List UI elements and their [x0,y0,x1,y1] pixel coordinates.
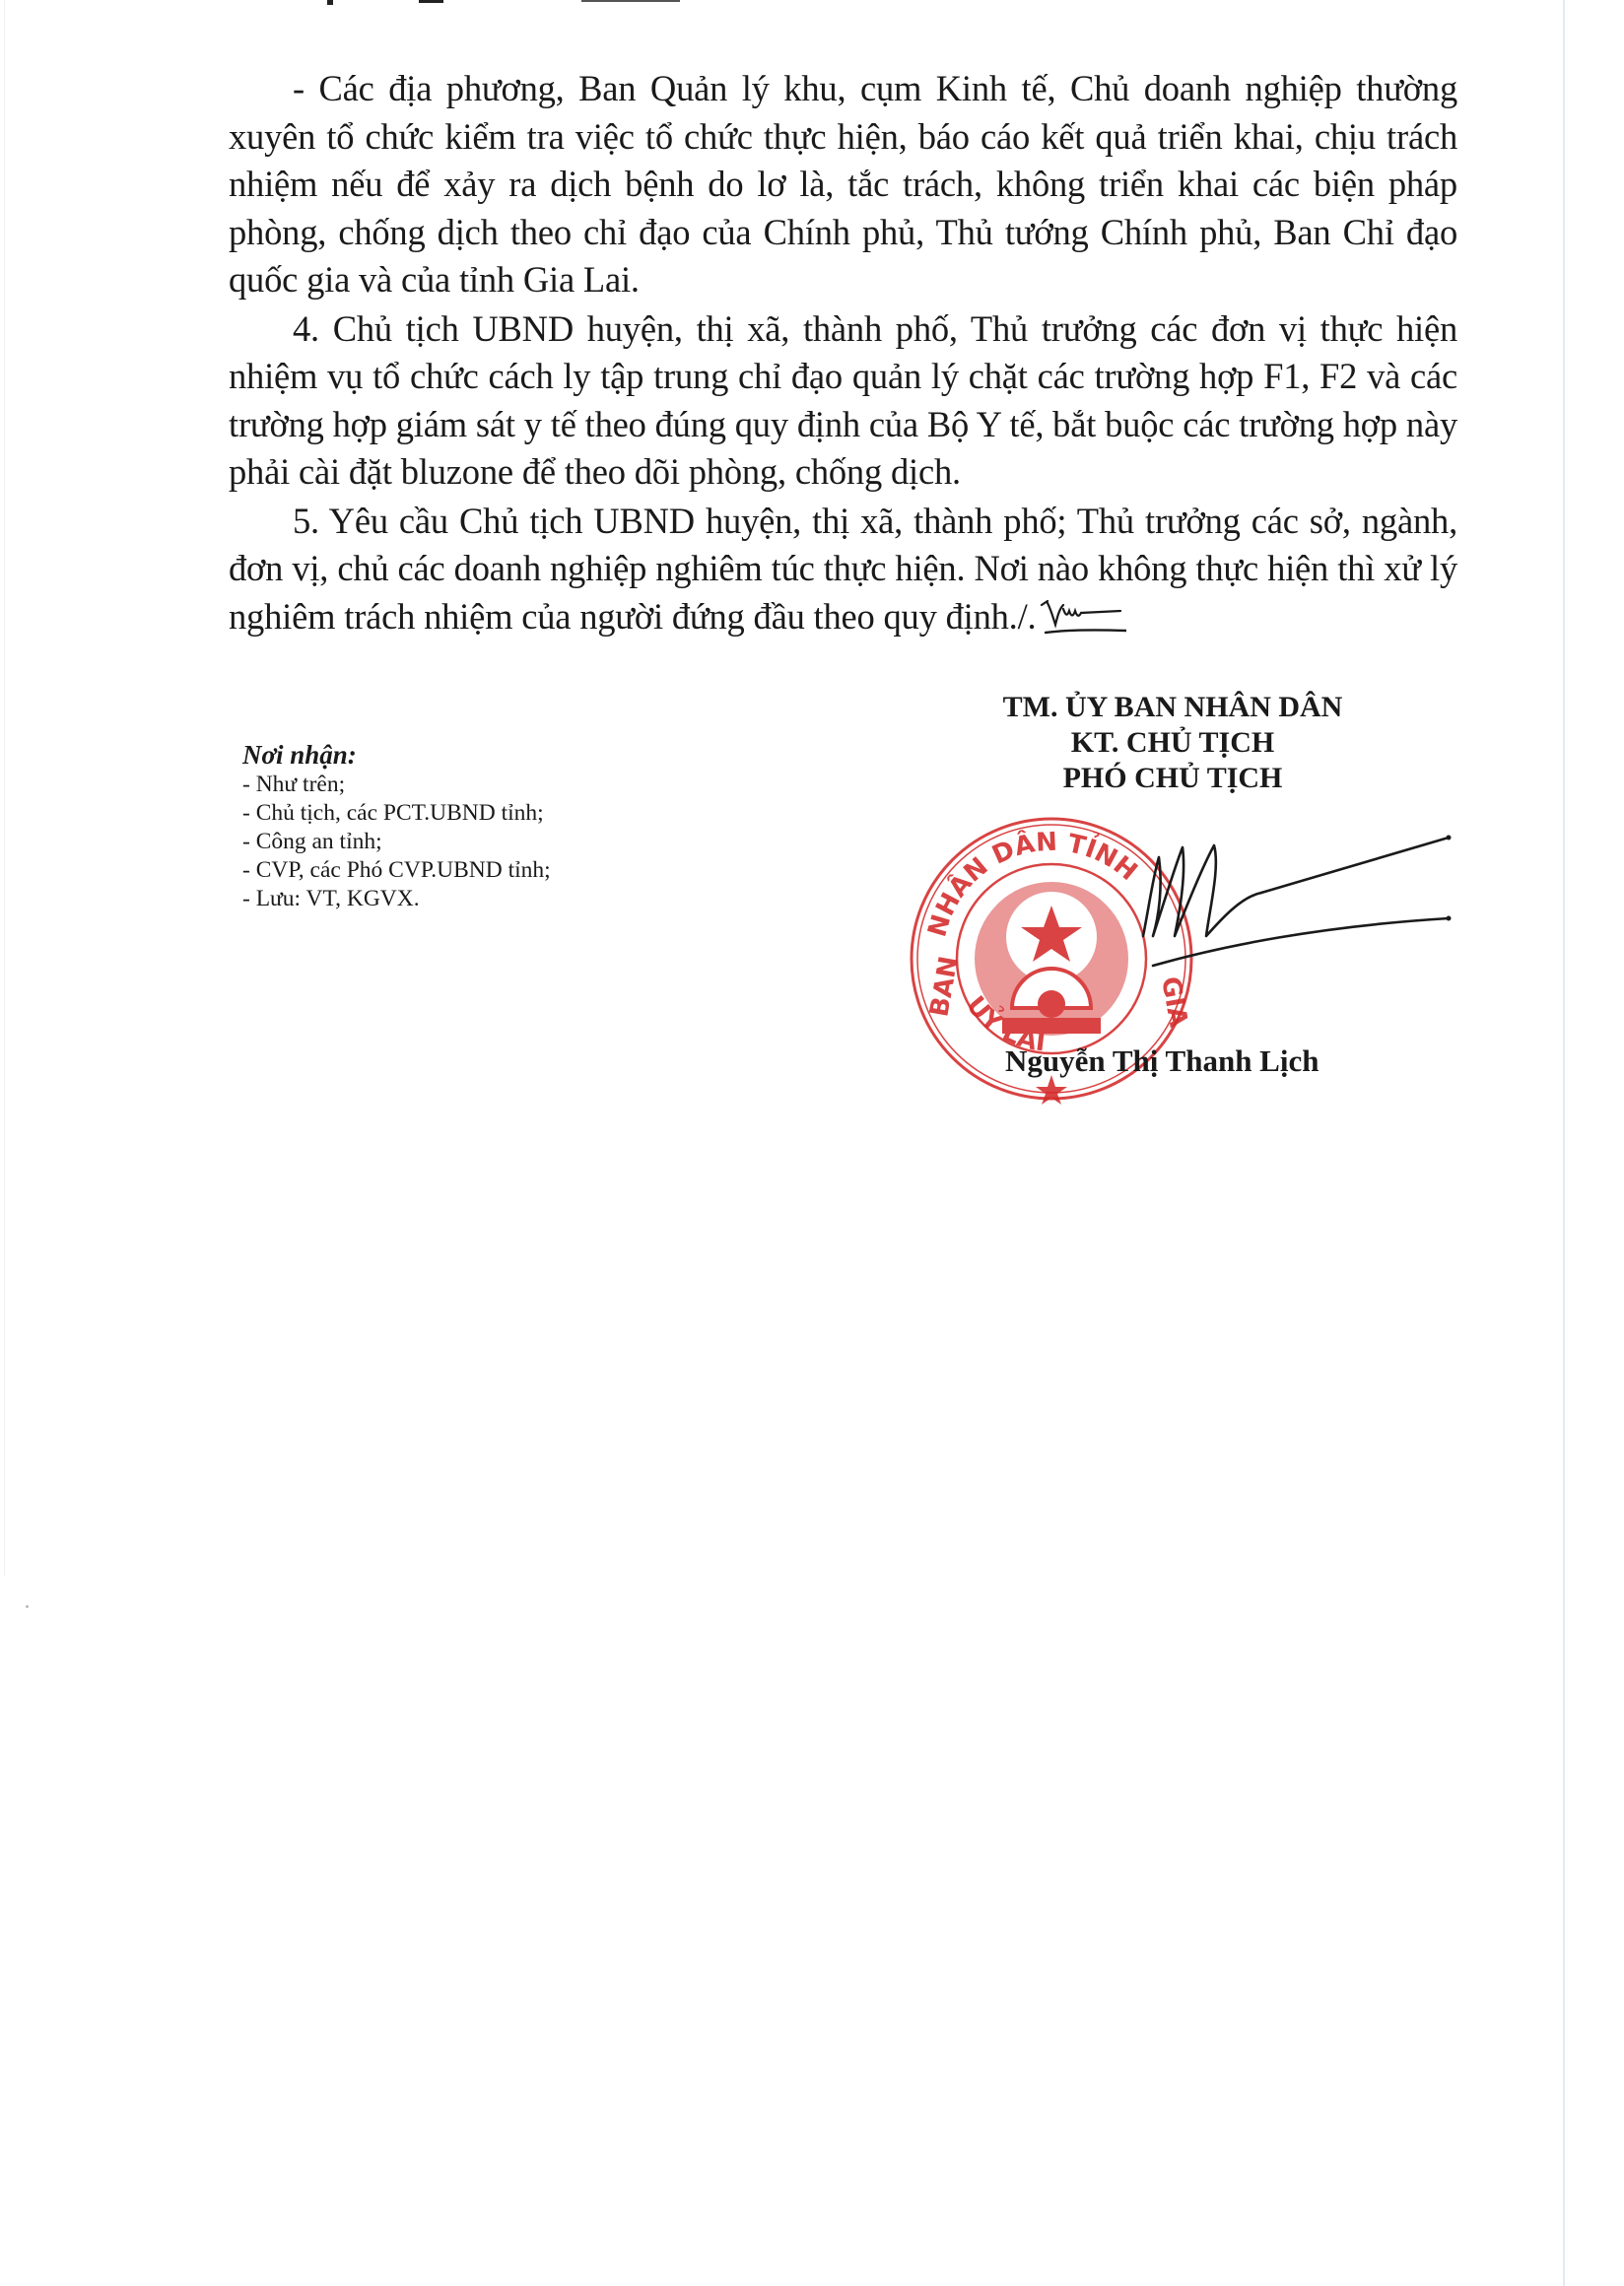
scan-speck [26,1605,29,1608]
cropped-text-fragment [419,0,443,3]
paragraph-item-5: 5. Yêu cầu Chủ tịch UBND huyện, thị xã, … [229,498,1457,641]
svg-text:BAN: BAN [924,954,964,1019]
page-edge-right [1563,0,1565,2286]
handwritten-signature-icon [1123,828,1458,985]
signature-on-behalf-line: KT. CHỦ TỊCH [907,725,1439,761]
paragraph-local-responsibility: - Các địa phương, Ban Quản lý khu, cụm K… [229,65,1457,304]
paragraph-item-5-text: 5. Yêu cầu Chủ tịch UBND huyện, thị xã, … [229,501,1457,637]
recipient-item: - CVP, các Phó CVP.UBND tỉnh; [242,856,551,885]
recipient-item: - Chủ tịch, các PCT.UBND tỉnh; [242,799,551,828]
paragraph-item-4: 4. Chủ tịch UBND huyện, thị xã, thành ph… [229,305,1457,497]
page-edge-left [4,0,5,1577]
recipients-list: Nơi nhận: - Như trên; - Chủ tịch, các PC… [242,739,551,913]
document-body: - Các địa phương, Ban Quản lý khu, cụm K… [229,65,1457,640]
signature-block: TM. ỦY BAN NHÂN DÂN KT. CHỦ TỊCH PHÓ CHỦ… [907,690,1439,796]
signer-name: Nguyễn Thị Thanh Lịch [1005,1043,1319,1079]
initials-mark-icon [1036,601,1124,631]
signature-title-line: PHÓ CHỦ TỊCH [907,761,1439,796]
recipient-item: - Như trên; [242,771,551,799]
recipient-item: - Lưu: VT, KGVX. [242,885,551,913]
signature-authority-line: TM. ỦY BAN NHÂN DÂN [907,690,1439,725]
recipients-heading: Nơi nhận: [242,739,551,771]
cropped-text-fragment [327,0,333,5]
recipient-item: - Công an tỉnh; [242,828,551,856]
cropped-rule-fragment [581,0,680,2]
